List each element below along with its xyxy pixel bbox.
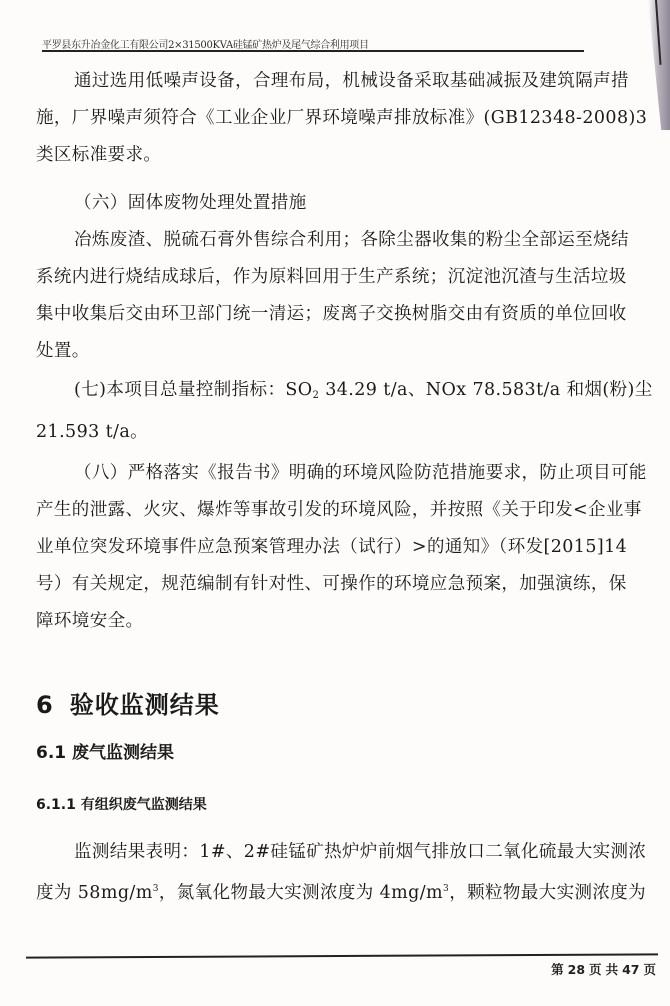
text-line: 业单位突发环境事件应急预案管理办法（试行）>的通知》（环发[2015]14 bbox=[36, 529, 636, 566]
risk-paragraph: （八）严格落实《报告书》明确的环境风险防范措施要求，防止项目可能 产生的泄露、火… bbox=[36, 455, 636, 640]
text-line: 系统内进行烧结成球后，作为原料回用于生产系统；沉淀池沉渣与生活垃圾 bbox=[36, 259, 636, 296]
section-number: 6 bbox=[36, 691, 54, 719]
section-title: 验收监测结果 bbox=[70, 691, 220, 719]
running-header: 平罗县东升冶金化工有限公司2×31500KVA硅锰矿热炉及尾气综合利用项目 bbox=[42, 36, 582, 51]
text-line: 冶炼废渣、脱硫石膏外售综合利用；各除尘器收集的粉尘全部运至烧结 bbox=[36, 222, 636, 259]
footer-rule bbox=[26, 953, 658, 958]
section-6-1-heading: 6.1 废气监测结果 bbox=[36, 738, 174, 763]
text-line: (七)本项目总量控制指标：SO2 34.29 t/a、NOx 78.583t/a… bbox=[36, 372, 636, 414]
solid-waste-section: （六）固体废物处理处置措施 冶炼废渣、脱硫石膏外售综合利用；各除尘器收集的粉尘全… bbox=[36, 185, 636, 370]
text-line: 产生的泄露、火灾、爆炸等事故引发的环境风险，并按照《关于印发<企业事 bbox=[36, 492, 636, 529]
header-rule bbox=[42, 50, 584, 52]
text-line: 集中收集后交由环卫部门统一清运；废离子交换树脂交由有资质的单位回收 bbox=[36, 296, 636, 333]
text-line: 障环境安全。 bbox=[36, 603, 636, 640]
text-line: 类区标准要求。 bbox=[36, 137, 636, 174]
results-paragraph: 监测结果表明：1#、2#硅锰矿热炉炉前烟气排放口二氧化硫最大实测浓 度为 58m… bbox=[36, 834, 636, 912]
text-line: 号）有关规定，规范编制有针对性、可操作的环境应急预案，加强演练，保 bbox=[36, 566, 636, 603]
text-line: 监测结果表明：1#、2#硅锰矿热炉炉前烟气排放口二氧化硫最大实测浓 bbox=[36, 834, 636, 871]
text-line: 通过选用低噪声设备，合理布局，机械设备采取基础减振及建筑隔声措 bbox=[36, 63, 636, 100]
text-line: 度为 58mg/m3，氮氧化物最大实测浓度为 4mg/m3，颗粒物最大实测浓度为 bbox=[36, 871, 636, 912]
noise-paragraph: 通过选用低噪声设备，合理布局，机械设备采取基础减振及建筑隔声措 施，厂界噪声须符… bbox=[36, 63, 636, 174]
page-edge-shadow bbox=[648, 0, 670, 130]
text-line: （八）严格落实《报告书》明确的环境风险防范措施要求，防止项目可能 bbox=[36, 455, 636, 492]
solid-waste-heading: （六）固体废物处理处置措施 bbox=[36, 185, 636, 222]
text-line: 处置。 bbox=[36, 333, 636, 370]
text-line: 21.593 t/a。 bbox=[36, 414, 636, 451]
total-control-paragraph: (七)本项目总量控制指标：SO2 34.29 t/a、NOx 78.583t/a… bbox=[36, 372, 636, 451]
text-line: 施，厂界噪声须符合《工业企业厂界环境噪声排放标准》(GB12348-2008)3 bbox=[36, 100, 636, 137]
page-number: 第28页共47页 bbox=[547, 960, 656, 978]
section-6-1-1-heading: 6.1.1 有组织废气监测结果 bbox=[36, 794, 207, 814]
section-6-heading: 6验收监测结果 bbox=[36, 685, 220, 720]
